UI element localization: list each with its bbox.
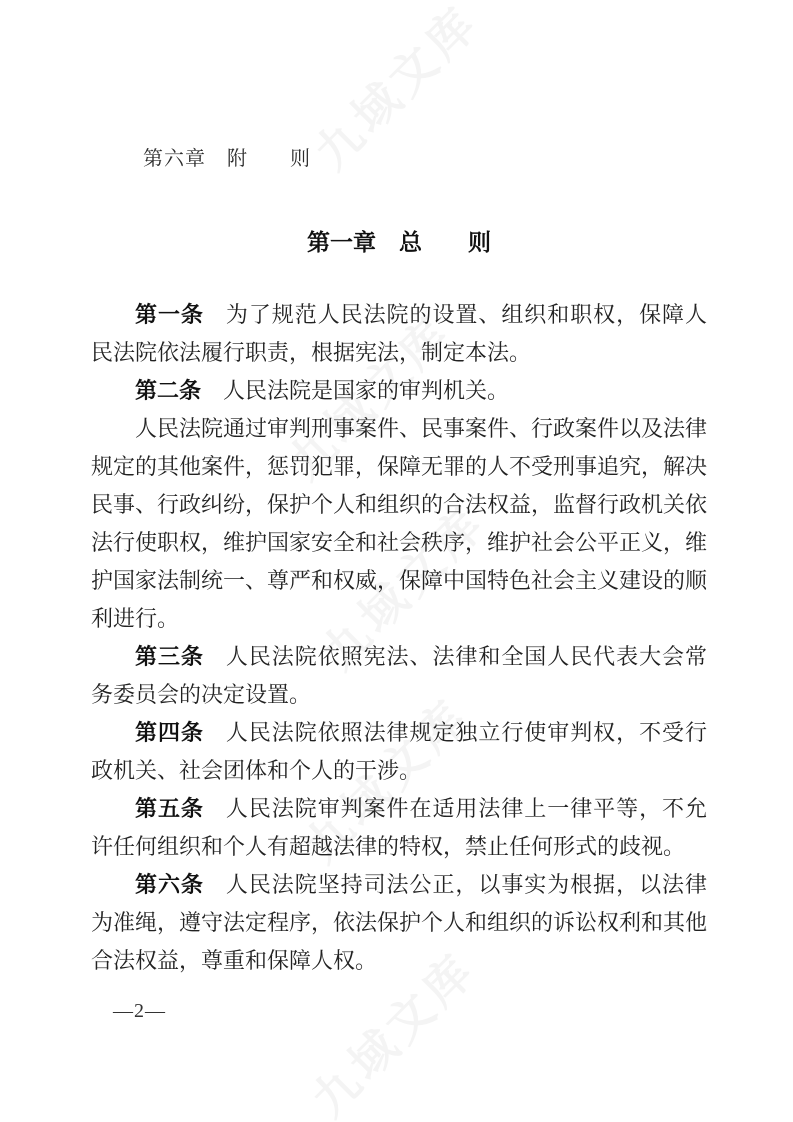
article-5: 第四条人民法院依照法律规定独立行使审判权，不受行政机关、社会团体和个人的干涉。	[91, 714, 707, 790]
article-number-label: 第五条	[135, 796, 204, 821]
previous-chapter-heading: 第六章 附 则	[143, 142, 311, 171]
article-2: 第二条人民法院是国家的审判机关。	[91, 372, 707, 410]
article-number-label: 第六条	[135, 872, 204, 897]
article-number-label: 第一条	[135, 302, 204, 327]
article-continuation: 人民法院通过审判刑事案件、民事案件、行政案件以及法律规定的其他案件，惩罚犯罪，保…	[91, 410, 707, 638]
article-number-label: 第二条	[135, 378, 201, 403]
article-1: 第一条为了规范人民法院的设置、组织和职权，保障人民法院依法履行职责，根据宪法，制…	[91, 296, 707, 372]
article-text: 人民法院是国家的审判机关。	[223, 378, 509, 403]
article-number-label: 第三条	[135, 644, 204, 669]
page-number: —2—	[113, 1000, 166, 1023]
article-number-label: 第四条	[135, 720, 204, 745]
document-page: 九域文库 九域文库 九域文库 九域文库 九域文库 第六章 附 则 第一章 总 则…	[0, 0, 793, 1122]
article-7: 第六条人民法院坚持司法公正，以事实为根据，以法律为准绳，遵守法定程序，依法保护个…	[91, 866, 707, 980]
article-list: 第一条为了规范人民法院的设置、组织和职权，保障人民法院依法履行职责，根据宪法，制…	[91, 296, 707, 980]
chapter-title: 第一章 总 则	[91, 224, 707, 257]
article-text: 人民法院通过审判刑事案件、民事案件、行政案件以及法律规定的其他案件，惩罚犯罪，保…	[91, 416, 707, 631]
article-4: 第三条人民法院依照宪法、法律和全国人民代表大会常务委员会的决定设置。	[91, 638, 707, 714]
article-6: 第五条人民法院审判案件在适用法律上一律平等，不允许任何组织和个人有超越法律的特权…	[91, 790, 707, 866]
watermark-text: 九域文库	[298, 0, 492, 182]
